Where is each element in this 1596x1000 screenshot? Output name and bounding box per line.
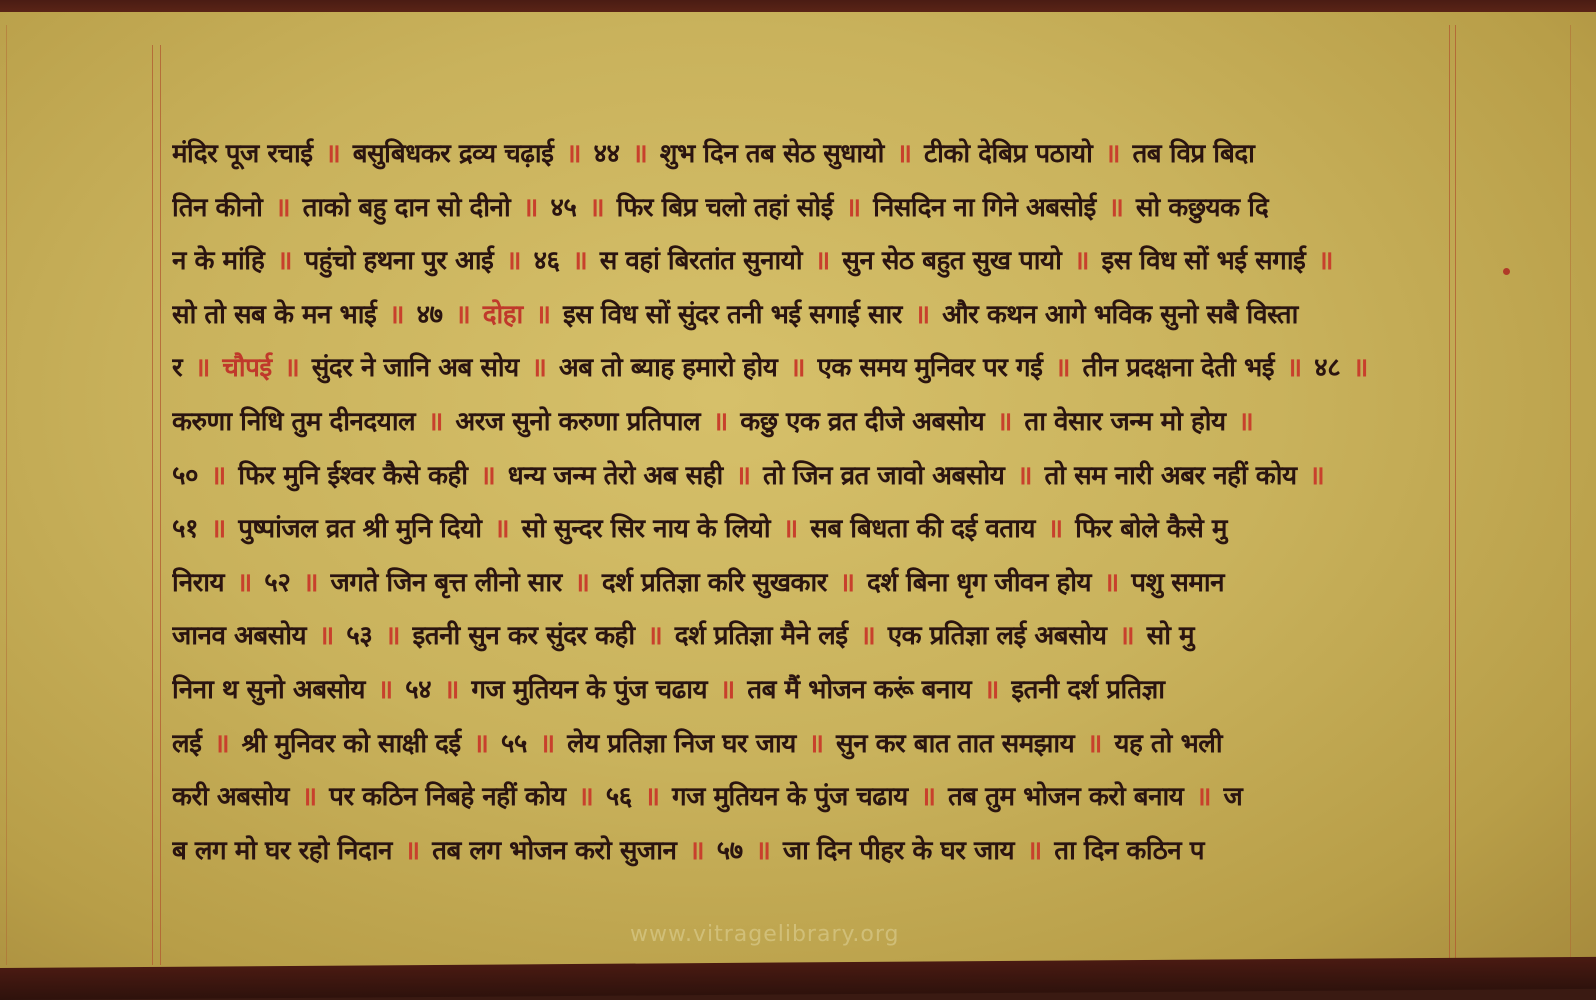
text-line: निना थ सुनो अबसोय ॥ ५४ ॥ गज मुतियन के पु… [172, 664, 1422, 718]
top-border [0, 0, 1596, 12]
left-margin-rule-inner [160, 45, 161, 965]
right-margin-rule-outer [1449, 25, 1450, 960]
text-line: सो तो सब के मन भाई ॥ ४७ ॥ दोहा ॥ इस विध … [172, 289, 1422, 343]
page-edge-rule-left [6, 25, 7, 965]
text-line: निराय ॥ ५२ ॥ जगते जिन बृत्त लीनो सार ॥ द… [172, 557, 1422, 611]
text-line: ५० ॥ फिर मुनि ईश्वर कैसे कही ॥ धन्य जन्म… [172, 450, 1422, 504]
left-margin-rule-outer [152, 45, 153, 965]
text-block: मंदिर पूज रचाई ॥ बसुबिधकर द्रव्य चढ़ाई ॥… [172, 128, 1422, 878]
red-ink-dot [1503, 268, 1510, 275]
page-edge-rule-right [1570, 25, 1571, 965]
right-margin-rule-inner [1455, 25, 1456, 960]
watermark: www.vitragelibrary.org [630, 922, 899, 947]
text-line: ब लग मो घर रहो निदान ॥ तब लग भोजन करो सु… [172, 825, 1422, 879]
text-line: र ॥ चौपई ॥ सुंदर ने जानि अब सोय ॥ अब तो … [172, 342, 1422, 396]
text-line: करी अबसोय ॥ पर कठिन निबहे नहीं कोय ॥ ५६ … [172, 771, 1422, 825]
text-line: करुणा निधि तुम दीनदयाल ॥ अरज सुनो करुणा … [172, 396, 1422, 450]
text-line: लई ॥ श्री मुनिवर को साक्षी दई ॥ ५५ ॥ लेय… [172, 718, 1422, 772]
text-line: तिन कीनो ॥ ताको बहु दान सो दीनो ॥ ४५ ॥ फ… [172, 182, 1422, 236]
text-line: ५१ ॥ पुष्पांजल व्रत श्री मुनि दियो ॥ सो … [172, 503, 1422, 557]
text-line: जानव अबसोय ॥ ५३ ॥ इतनी सुन कर सुंदर कही … [172, 610, 1422, 664]
text-line: मंदिर पूज रचाई ॥ बसुबिधकर द्रव्य चढ़ाई ॥… [172, 128, 1422, 182]
text-line: न के मांहि ॥ पहुंचो हथना पुर आई ॥ ४६ ॥ स… [172, 235, 1422, 289]
